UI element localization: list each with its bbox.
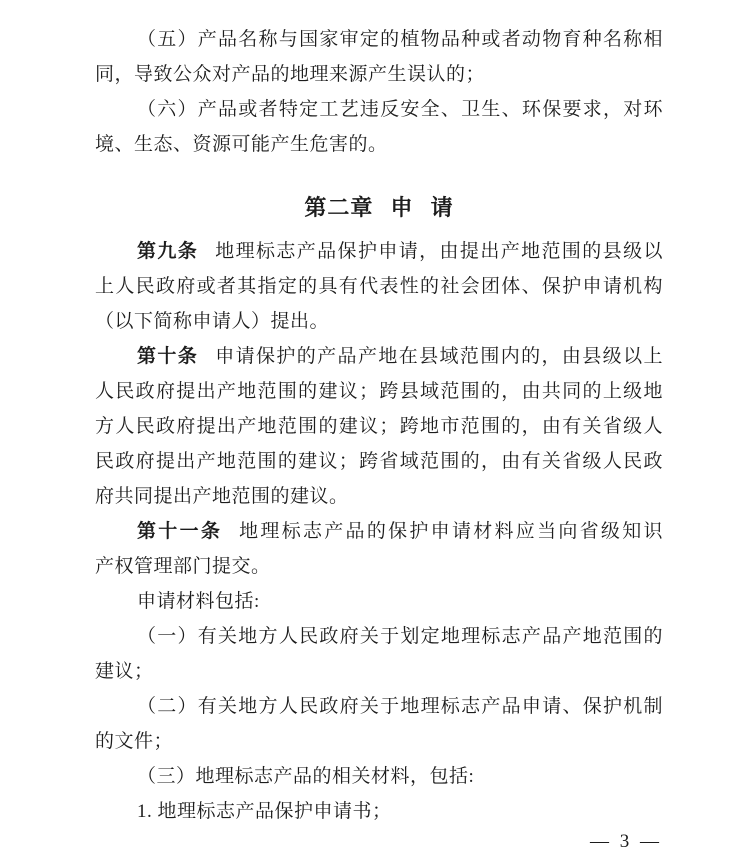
clause-five-line-1: （五）产品名称与国家审定的植物品种或者动物育种名称相 [95,22,663,57]
article-11-text: 地理标志产品的保护申请材料应当向省级知识 [239,521,663,542]
article-10-line-4: 民政府提出产地范围的建议；跨省域范围的，由有关省级人民政 [95,444,663,479]
article-10-line-2: 人民政府提出产地范围的建议；跨县域范围的，由共同的上级地 [95,374,663,409]
article-9-text: 地理标志产品保护申请，由提出产地范围的县级以 [215,241,663,262]
document-page: （五）产品名称与国家审定的植物品种或者动物育种名称相 同，导致公众对产品的地理来… [0,0,750,857]
article-10-text: 申请保护的产品产地在县域范围内的，由县级以上 [215,346,663,367]
clause-six-line-1: （六）产品或者特定工艺违反安全、卫生、环保要求，对环 [95,92,663,127]
material-item-1-line-1: （一）有关地方人民政府关于划定地理标志产品产地范围的 [95,619,663,654]
material-sub-item-1: 1. 地理标志产品保护申请书； [95,794,663,829]
article-9-number: 第九条 [137,241,198,262]
page-number: — 3 — [590,831,662,853]
article-9-line-3: （以下简称申请人）提出。 [95,304,663,339]
article-10-number: 第十条 [137,346,198,367]
page-content: （五）产品名称与国家审定的植物品种或者动物育种名称相 同，导致公众对产品的地理来… [0,0,750,829]
clause-five-line-2: 同，导致公众对产品的地理来源产生误认的； [95,57,663,92]
article-11-number: 第十一条 [137,521,222,542]
material-item-2-line-2: 的文件； [95,724,663,759]
material-item-3-line-1: （三）地理标志产品的相关材料，包括: [95,759,663,794]
article-10-line-3: 方人民政府提出产地范围的建议；跨地市范围的，由有关省级人 [95,409,663,444]
article-11-line-2: 产权管理部门提交。 [95,549,663,584]
article-10-line-1: 第十条申请保护的产品产地在县域范围内的，由县级以上 [95,339,663,374]
material-item-1-line-2: 建议； [95,654,663,689]
materials-intro-line: 申请材料包括: [95,584,663,619]
article-9-line-2: 上人民政府或者其指定的具有代表性的社会团体、保护申请机构 [95,269,663,304]
article-9-line-1: 第九条地理标志产品保护申请，由提出产地范围的县级以 [95,234,663,269]
chapter-heading: 第二章 申 请 [95,188,663,228]
article-11-line-1: 第十一条地理标志产品的保护申请材料应当向省级知识 [95,514,663,549]
clause-six-line-2: 境、生态、资源可能产生危害的。 [95,127,663,162]
material-item-2-line-1: （二）有关地方人民政府关于地理标志产品申请、保护机制 [95,689,663,724]
article-10-line-5: 府共同提出产地范围的建议。 [95,479,663,514]
